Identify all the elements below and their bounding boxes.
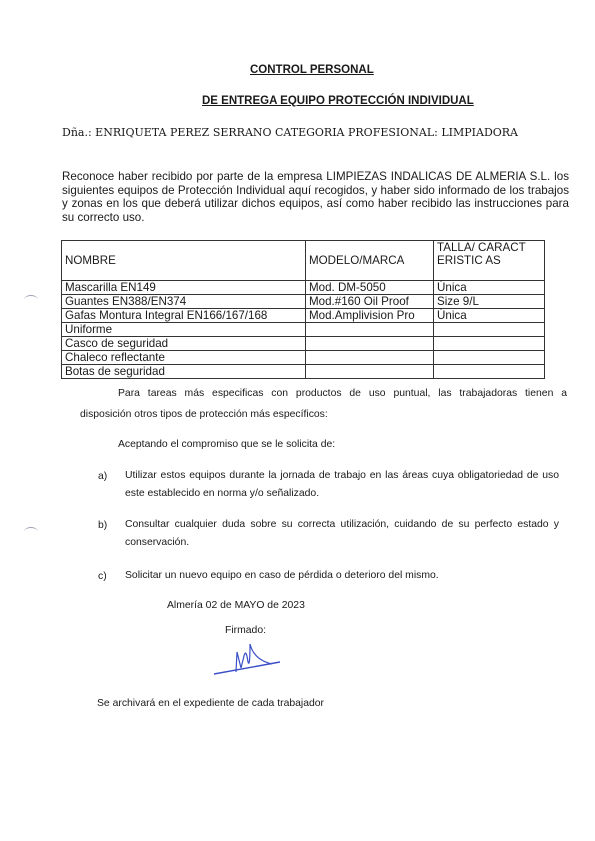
- header-nombre: NOMBRE: [62, 241, 306, 281]
- cell-modelo: Mod. DM-5050: [306, 281, 434, 295]
- cell-nombre: Mascarilla EN149: [62, 281, 306, 295]
- cell-talla: Size 9/L: [434, 295, 545, 309]
- cell-modelo: Mod.Amplivision Pro: [306, 309, 434, 323]
- table-row: Uniforme: [62, 323, 545, 337]
- document-title: CONTROL PERSONAL: [250, 64, 374, 76]
- cell-nombre: Gafas Montura Integral EN166/167/168: [62, 309, 306, 323]
- employee-category: CATEGORIA PROFESIONAL: LIMPIADORA: [275, 126, 518, 139]
- header-talla: TALLA/ CARACTERISTIC AS: [434, 241, 545, 281]
- table-row: Chaleco reflectante: [62, 351, 545, 365]
- signature-image: [210, 638, 290, 678]
- table-row: Casco de seguridad: [62, 337, 545, 351]
- commitment-b-letter: b): [98, 520, 107, 531]
- cell-talla: [434, 337, 545, 351]
- cell-nombre: Guantes EN388/EN374: [62, 295, 306, 309]
- cell-nombre: Botas de seguridad: [62, 365, 306, 379]
- header-talla-text: TALLA/ CARACTERISTIC AS: [437, 241, 533, 267]
- table-row: Guantes EN388/EN374Mod.#160 Oil ProofSiz…: [62, 295, 545, 309]
- cell-talla: Única: [434, 281, 545, 295]
- specific-tasks-line1: Para tareas más especificas con producto…: [118, 385, 567, 403]
- cell-modelo: [306, 323, 434, 337]
- commitment-c-letter: c): [98, 571, 107, 582]
- cell-talla: [434, 351, 545, 365]
- scan-mark: [24, 295, 38, 304]
- cell-modelo: [306, 365, 434, 379]
- cell-nombre: Chaleco reflectante: [62, 351, 306, 365]
- cell-modelo: Mod.#160 Oil Proof: [306, 295, 434, 309]
- header-modelo: MODELO/MARCA: [306, 241, 434, 281]
- ppe-table: NOMBRE MODELO/MARCA TALLA/ CARACTERISTIC…: [61, 240, 545, 379]
- cell-nombre: Casco de seguridad: [62, 337, 306, 351]
- specific-tasks-line2: disposición otros tipos de protección má…: [80, 406, 328, 424]
- table-row: Botas de seguridad: [62, 365, 545, 379]
- scan-mark: [24, 527, 38, 536]
- employee-name: Dña.: ENRIQUETA PEREZ SERRANO: [62, 126, 272, 139]
- footer-note: Se archivará en el expediente de cada tr…: [97, 695, 324, 713]
- table-header-row: NOMBRE MODELO/MARCA TALLA/ CARACTERISTIC…: [62, 241, 545, 281]
- commitment-c-text: Solicitar un nuevo equipo en caso de pér…: [125, 567, 559, 585]
- table-row: Mascarilla EN149Mod. DM-5050Única: [62, 281, 545, 295]
- cell-talla: [434, 365, 545, 379]
- commitment-b-text: Consultar cualquier duda sobre su correc…: [125, 516, 559, 552]
- commitment-intro: Aceptando el compromiso que se le solici…: [118, 436, 335, 454]
- cell-modelo: [306, 351, 434, 365]
- cell-nombre: Uniforme: [62, 323, 306, 337]
- table-row: Gafas Montura Integral EN166/167/168Mod.…: [62, 309, 545, 323]
- commitment-a-letter: a): [98, 471, 107, 482]
- commitment-a-text: Utilizar estos equipos durante la jornad…: [125, 467, 559, 503]
- intro-paragraph: Reconoce haber recibido por parte de la …: [62, 170, 569, 224]
- place-date: Almería 02 de MAYO de 2023: [167, 597, 305, 615]
- document-subtitle: DE ENTREGA EQUIPO PROTECCIÓN INDIVIDUAL: [202, 95, 474, 107]
- cell-modelo: [306, 337, 434, 351]
- cell-talla: [434, 323, 545, 337]
- cell-talla: Única: [434, 309, 545, 323]
